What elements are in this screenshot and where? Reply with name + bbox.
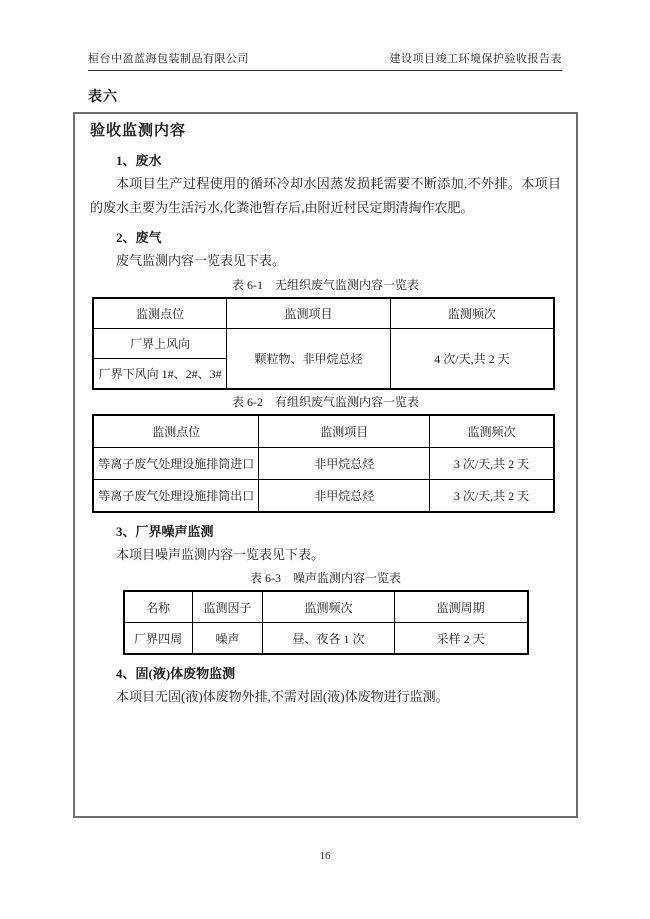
table-6-3: 名称 监测因子 监测频次 监测周期 厂界四周 噪声 昼、夜各 1 次 采样 2 … <box>123 590 529 655</box>
table-cell: 厂界下风向 1#、2#、3# <box>93 358 227 389</box>
section-waste-gas-body: 废气监测内容一览表见下表。 <box>90 249 561 273</box>
box-title: 验收监测内容 <box>90 120 561 142</box>
section-waste-gas-heading: 2、废气 <box>90 226 561 249</box>
table-header-cell: 名称 <box>124 591 193 623</box>
table-row: 厂界四周 噪声 昼、夜各 1 次 采样 2 天 <box>124 623 528 655</box>
document-header: 桓台中盈蓝海包装制品有限公司 建设项目竣工环境保护验收报告表 <box>88 50 562 71</box>
page-number: 16 <box>0 850 650 862</box>
section-noise-heading: 3、厂界噪声监测 <box>90 520 561 543</box>
table-header-cell: 监测点位 <box>93 415 259 448</box>
table-cell: 厂界上风向 <box>93 328 227 358</box>
table-row: 监测点位 监测项目 监测频次 <box>93 298 554 329</box>
table-row: 等离子废气处理设施排筒出口 非甲烷总烃 3 次/天,共 2 天 <box>93 479 554 512</box>
table-6-2-caption: 表 6-2 有组织废气监测内容一览表 <box>90 394 561 411</box>
table-header-cell: 监测周期 <box>394 591 527 623</box>
table-6-1-caption: 表 6-1 无组织废气监测内容一览表 <box>90 277 561 294</box>
table-row: 厂界上风向 颗粒物、非甲烷总烃 4 次/天,共 2 天 <box>93 328 554 358</box>
section-wastewater-heading: 1、废水 <box>90 149 561 172</box>
table-header-cell: 监测因子 <box>192 591 263 623</box>
header-report-title: 建设项目竣工环境保护验收报告表 <box>390 50 563 66</box>
section-solid-waste-heading: 4、固(液)体废物监测 <box>90 662 561 685</box>
table-6-1: 监测点位 监测项目 监测频次 厂界上风向 颗粒物、非甲烷总烃 4 次/天,共 2… <box>92 297 555 390</box>
table-cell: 非甲烷总烃 <box>259 479 430 512</box>
section-noise-body: 本项目噪声监测内容一览表见下表。 <box>90 543 561 567</box>
table-header-cell: 监测频次 <box>430 415 554 448</box>
table-cell: 等离子废气处理设施排筒进口 <box>93 447 259 479</box>
table-cell: 4 次/天,共 2 天 <box>390 328 554 389</box>
table-cell: 等离子废气处理设施排筒出口 <box>93 479 259 512</box>
table-cell: 厂界四周 <box>124 623 193 655</box>
table-6-3-caption: 表 6-3 噪声监测内容一览表 <box>90 570 561 587</box>
table-header-cell: 监测频次 <box>390 298 554 329</box>
table-row: 等离子废气处理设施排筒进口 非甲烷总烃 3 次/天,共 2 天 <box>93 447 554 479</box>
header-company-name: 桓台中盈蓝海包装制品有限公司 <box>88 50 249 66</box>
table-cell: 3 次/天,共 2 天 <box>430 447 554 479</box>
table-cell: 3 次/天,共 2 天 <box>430 479 554 512</box>
form-section-label: 表六 <box>88 86 118 106</box>
table-row: 名称 监测因子 监测频次 监测周期 <box>124 591 528 623</box>
section-solid-waste-body: 本项目无固(液)体废物外排,不需对固(液)体废物进行监测。 <box>90 685 561 709</box>
table-header-cell: 监测项目 <box>227 298 391 329</box>
section-wastewater-body: 本项目生产过程使用的循环冷却水因蒸发损耗需要不断添加,不外排。本项目的废水主要为… <box>90 172 561 219</box>
table-header-cell: 监测点位 <box>93 298 227 329</box>
table-row: 监测点位 监测项目 监测频次 <box>93 415 554 448</box>
table-cell: 噪声 <box>192 623 263 655</box>
table-cell: 颗粒物、非甲烷总烃 <box>227 328 391 389</box>
table-header-cell: 监测项目 <box>259 415 430 448</box>
content-box: 验收监测内容 1、废水 本项目生产过程使用的循环冷却水因蒸发损耗需要不断添加,不… <box>73 112 578 818</box>
table-cell: 采样 2 天 <box>394 623 527 655</box>
table-cell: 昼、夜各 1 次 <box>263 623 394 655</box>
document-page: 桓台中盈蓝海包装制品有限公司 建设项目竣工环境保护验收报告表 表六 验收监测内容… <box>0 0 650 919</box>
table-header-cell: 监测频次 <box>263 591 394 623</box>
table-6-2: 监测点位 监测项目 监测频次 等离子废气处理设施排筒进口 非甲烷总烃 3 次/天… <box>92 414 555 513</box>
table-cell: 非甲烷总烃 <box>259 447 430 479</box>
